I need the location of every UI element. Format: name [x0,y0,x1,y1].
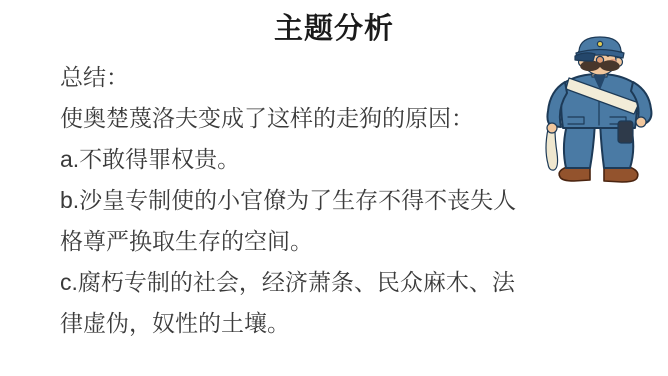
cap-badge [597,41,602,46]
presentation-slide: 主题分析 总结： 使奥楚蔑洛夫变成了这样的走狗的原因： a.不敢得罪权贵。 b.… [0,0,668,376]
policeman-cartoon-svg [538,33,662,186]
body-line: 使奥楚蔑洛夫变成了这样的走狗的原因： [60,98,530,139]
holster [618,121,633,143]
baton [546,129,558,170]
body-text-block: 总结： 使奥楚蔑洛夫变成了这样的走狗的原因： a.不敢得罪权贵。 b.沙皇专制使… [60,57,530,344]
cap-visor [575,53,595,61]
body-line: a.不敢得罪权贵。 [60,139,530,180]
left-hand [547,123,557,133]
body-line: c.腐朽专制的社会，经济萧条、民众麻木、法 [60,262,530,303]
body-line: b.沙皇专制使的小官僚为了生存不得不丧失人 [60,180,530,221]
right-hand [636,117,646,127]
body-line: 总结： [60,57,530,98]
body-line: 格尊严换取生存的空间。 [60,221,530,262]
body-line: 律虚伪，奴性的土壤。 [60,303,530,344]
policeman-illustration [538,33,662,186]
